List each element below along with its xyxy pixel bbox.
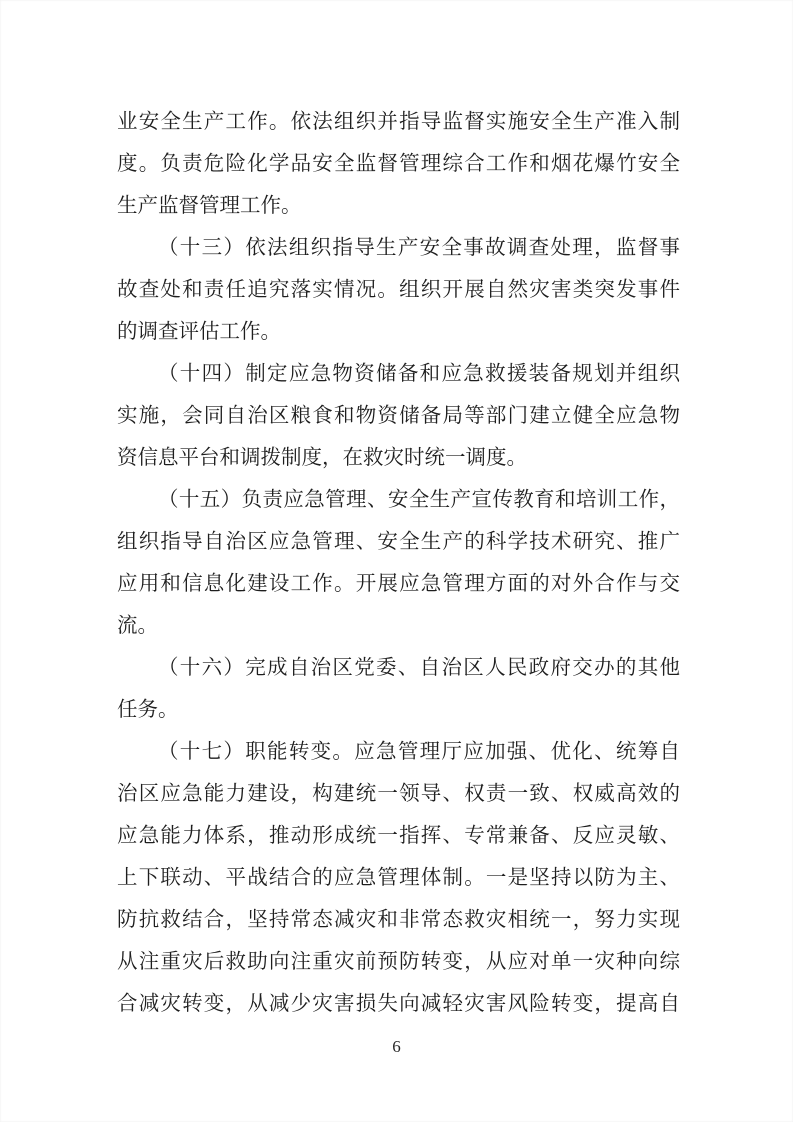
paragraph: （十七）职能转变。应急管理厅应加强、优化、统筹自治区应急能力建设，构建统一领导、…	[117, 731, 680, 1025]
paragraph: （十六）完成自治区党委、自治区人民政府交办的其他任务。	[117, 647, 680, 731]
page-number: 6	[0, 1034, 793, 1060]
text-line: （十七）职能转变。应急管理厅应加强、优化、统筹自	[117, 731, 680, 773]
text-line: 合减灾转变，从减少灾害损失向减轻灾害风险转变，提高自	[117, 983, 680, 1025]
text-line: （十六）完成自治区党委、自治区人民政府交办的其他	[117, 647, 680, 689]
text-line: 度。负责危险化学品安全监督管理综合工作和烟花爆竹安全	[117, 143, 680, 185]
paragraph: （十三）依法组织指导生产安全事故调查处理，监督事故查处和责任追究落实情况。组织开…	[117, 227, 680, 353]
text-line: 故查处和责任追究落实情况。组织开展自然灾害类突发事件	[117, 269, 680, 311]
text-line: 组织指导自治区应急管理、安全生产的科学技术研究、推广	[117, 521, 680, 563]
document-page: 业安全生产工作。依法组织并指导监督实施安全生产准入制度。负责危险化学品安全监督管…	[0, 0, 793, 1122]
document-body: 业安全生产工作。依法组织并指导监督实施安全生产准入制度。负责危险化学品安全监督管…	[117, 101, 680, 1025]
text-line: 应急能力体系，推动形成统一指挥、专常兼备、反应灵敏、	[117, 815, 680, 857]
text-line: 任务。	[117, 689, 680, 731]
text-line: 上下联动、平战结合的应急管理体制。一是坚持以防为主、	[117, 857, 680, 899]
paragraph: （十五）负责应急管理、安全生产宣传教育和培训工作，组织指导自治区应急管理、安全生…	[117, 479, 680, 647]
text-line: 业安全生产工作。依法组织并指导监督实施安全生产准入制	[117, 101, 680, 143]
text-line: （十三）依法组织指导生产安全事故调查处理，监督事	[117, 227, 680, 269]
text-line: 流。	[117, 605, 680, 647]
text-line: 的调查评估工作。	[117, 311, 680, 353]
text-line: 防抗救结合，坚持常态减灾和非常态救灾相统一，努力实现	[117, 899, 680, 941]
text-line: 资信息平台和调拨制度，在救灾时统一调度。	[117, 437, 680, 479]
text-line: 从注重灾后救助向注重灾前预防转变，从应对单一灾种向综	[117, 941, 680, 983]
paragraph: （十四）制定应急物资储备和应急救援装备规划并组织实施，会同自治区粮食和物资储备局…	[117, 353, 680, 479]
text-line: 应用和信息化建设工作。开展应急管理方面的对外合作与交	[117, 563, 680, 605]
text-line: （十四）制定应急物资储备和应急救援装备规划并组织	[117, 353, 680, 395]
text-line: 生产监督管理工作。	[117, 185, 680, 227]
text-line: 实施，会同自治区粮食和物资储备局等部门建立健全应急物	[117, 395, 680, 437]
paragraph: 业安全生产工作。依法组织并指导监督实施安全生产准入制度。负责危险化学品安全监督管…	[117, 101, 680, 227]
text-line: （十五）负责应急管理、安全生产宣传教育和培训工作，	[117, 479, 680, 521]
text-line: 治区应急能力建设，构建统一领导、权责一致、权威高效的	[117, 773, 680, 815]
